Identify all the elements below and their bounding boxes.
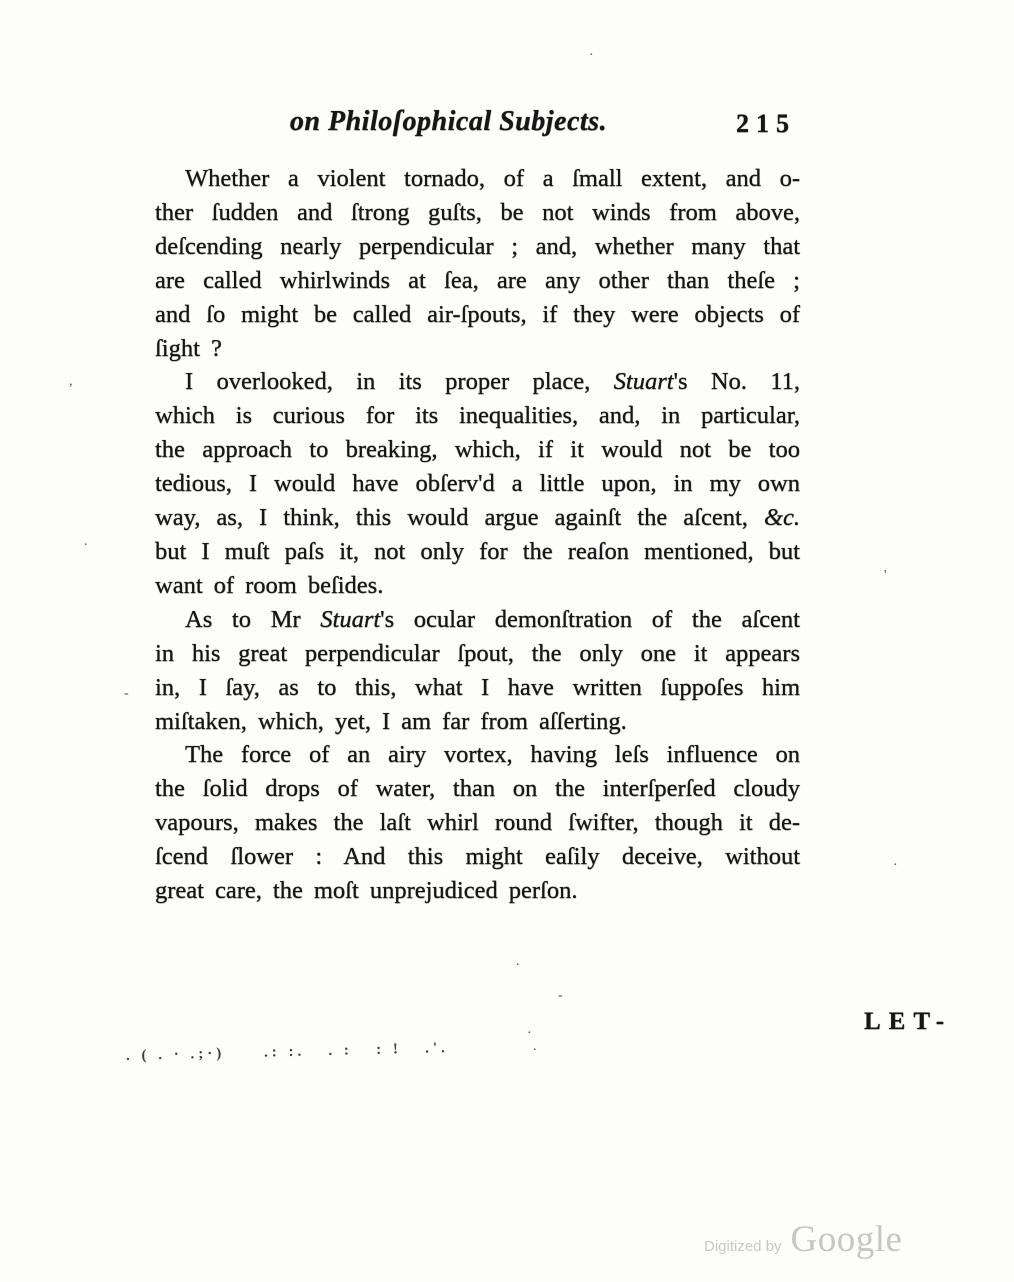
paragraph-4-line-5: great care, the moſt unprejudiced perſon… [155,874,800,908]
paragraph-4-line-4: ſcend ſlower : And this might eaſily dec… [155,840,800,874]
text-segment: ther ſudden and ſtrong guſts, be not win… [155,199,800,226]
paragraph-3-line-2: in his great perpendicular ſpout, the on… [155,637,800,671]
text-segment: vapours, makes the laſt whirl round ſwif… [155,809,800,836]
text-segment: great care, the moſt unprejudiced perſon… [155,877,577,904]
text-segment: want of room beſides. [155,572,383,599]
text-segment: tedious, I would have obſerv'd a little … [155,470,800,497]
ink-speck: · [893,858,898,874]
page-number: 215 [736,109,796,139]
ink-speck: - [558,988,563,1004]
text-segment: the ſolid drops of water, than on the in… [155,775,800,802]
text-segment: I overlooked, in its proper place, [185,368,614,395]
paragraph-4-line-1: The force of an airy vortex, having leſs… [155,738,800,772]
ink-speck: ' [884,568,887,584]
ink-speck: . [84,534,88,550]
paragraph-2-line-4: tedious, I would have obſerv'd a little … [155,467,800,501]
paragraph-3-line-1: As to Mr Stuart's ocular demonſtration o… [155,603,800,637]
paragraph-1-line-1: Whether a violent tornado, of a ſmall ex… [155,162,800,196]
text-segment: in, I ſay, as to this, what I have writt… [155,674,800,701]
watermark: Digitized by Google [704,1218,902,1261]
google-logo: Google [791,1218,903,1261]
ink-speck: · [589,48,594,64]
text-segment: are called whirlwinds at ſea, are any ot… [155,267,800,294]
paragraph-1-line-3: deſcending nearly perpendicular ; and, w… [155,230,800,264]
text-segment: ſcend ſlower : And this might eaſily dec… [155,843,800,870]
paragraph-2-line-2: which is curious for its inequalities, a… [155,399,800,433]
ink-speck: · [527,1026,532,1042]
text-segment: ſight ? [155,335,222,362]
ink-speck: - [124,686,129,702]
ink-speck: . [533,1039,537,1055]
text-segment: in his great perpendicular ſpout, the on… [155,640,800,667]
paragraph-2-line-1: I overlooked, in its proper place, Stuar… [155,365,800,399]
text-segment: the approach to breaking, which, if it w… [155,436,800,463]
paragraph-1-line-4: are called whirlwinds at ſea, are any ot… [155,264,800,298]
book-page-scan: on Philoſophical Subjects. 215 Whether a… [0,0,1014,1282]
text-segment: deſcending nearly perpendicular ; and, w… [155,233,800,260]
text-segment: miſtaken, which, yet, I am far from aſſe… [155,708,627,735]
text-segment: Whether a violent tornado, of a ſmall ex… [185,165,800,192]
running-header-title: on Philoſophical Subjects. [126,106,771,138]
paragraph-1-line-5: and ſo might be called air-ſpouts, if th… [155,298,800,332]
paragraph-2-line-5: way, as, I think, this would argue again… [155,501,800,535]
text-segment: 's ocular demonſtration of the aſcent [380,606,800,633]
paragraph-3-line-4: miſtaken, which, yet, I am far from aſſe… [155,705,800,739]
paragraph-4-line-2: the ſolid drops of water, than on the in… [155,772,800,806]
watermark-text: Digitized by [704,1238,782,1255]
text-segment: but I muſt paſs it, not only for the rea… [155,538,800,565]
paragraph-2-line-3: the approach to breaking, which, if it w… [155,433,800,467]
ink-speck: , [69,374,73,390]
paragraph-2-line-7: want of room beſides. [155,569,800,603]
text-segment: which is curious for its inequalities, a… [155,402,800,429]
text-segment: The force of an airy vortex, having leſs… [185,741,800,768]
italic-text-segment: Stuart [614,368,674,395]
italic-text-segment: Stuart [320,606,380,633]
ink-smudge: . ( . · .;·) .: :. . : : ! .'. [126,1040,449,1065]
paragraph-2-line-6: but I muſt paſs it, not only for the rea… [155,535,800,569]
text-body: Whether a violent tornado, of a ſmall ex… [155,162,800,908]
catchword: LET- [864,1008,952,1036]
text-segment: 's No. 11, [674,368,800,395]
text-segment: way, as, I think, this would argue again… [155,504,764,531]
paragraph-1-line-6: ſight ? [155,332,800,366]
text-segment: As to Mr [185,606,320,633]
paragraph-4-line-3: vapours, makes the laſt whirl round ſwif… [155,806,800,840]
text-segment: and ſo might be called air-ſpouts, if th… [155,301,800,328]
ink-speck: . [516,954,520,970]
running-header: on Philoſophical Subjects. 215 [155,106,800,138]
paragraph-3-line-3: in, I ſay, as to this, what I have writt… [155,671,800,705]
paragraph-1-line-2: ther ſudden and ſtrong guſts, be not win… [155,196,800,230]
italic-text-segment: &c. [764,504,800,531]
